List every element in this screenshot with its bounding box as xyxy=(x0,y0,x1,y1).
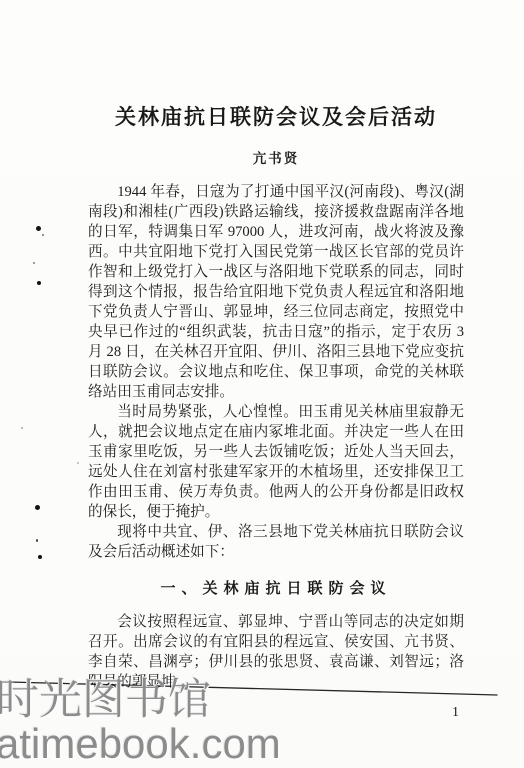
ink-speck xyxy=(42,234,44,236)
ink-speck xyxy=(21,427,23,429)
article-author: 亢书贤 xyxy=(88,147,464,167)
paragraph-4: 会议按照程远宣、郭显坤、宁晋山等同志的决定如期召开。出席会议的有宜阳县的程远宣、… xyxy=(88,612,464,692)
ink-speck xyxy=(36,539,38,542)
paragraph-3: 现将中共宜、伊、洛三县地下党关林庙抗日联防会议及会后活动概述如下： xyxy=(88,522,464,562)
ink-speck xyxy=(36,226,41,231)
article-title: 关林庙抗日联防会议及会后活动 xyxy=(88,101,464,131)
watermark-site-url: atimebook.com xyxy=(0,722,281,766)
paragraph-2: 当时局势紧张，人心惶惶。田玉甫见关林庙里寂静无人，就把会议地点定在庙内冢堆北面。… xyxy=(88,402,464,522)
page-content: 关林庙抗日联防会议及会后活动 亢书贤 1944 年春，日寇为了打通中国平汉(河南… xyxy=(88,96,464,721)
ink-speck xyxy=(33,262,35,264)
section-heading: 一、关林庙抗日联防会议 xyxy=(88,577,464,598)
scanned-book-page: 关林庙抗日联防会议及会后活动 亢书贤 1944 年春，日寇为了打通中国平汉(河南… xyxy=(0,0,524,768)
paragraph-1: 1944 年春，日寇为了打通中国平汉(河南段)、粤汉(湖南段)和湘桂(广西段)铁… xyxy=(88,182,464,402)
page-number: 1 xyxy=(88,705,464,721)
ink-speck xyxy=(77,462,79,464)
article-body: 1944 年春，日寇为了打通中国平汉(河南段)、粤汉(湖南段)和湘桂(广西段)铁… xyxy=(88,182,464,692)
ink-speck xyxy=(35,505,40,510)
ink-speck xyxy=(38,555,42,559)
ink-speck xyxy=(37,281,41,285)
